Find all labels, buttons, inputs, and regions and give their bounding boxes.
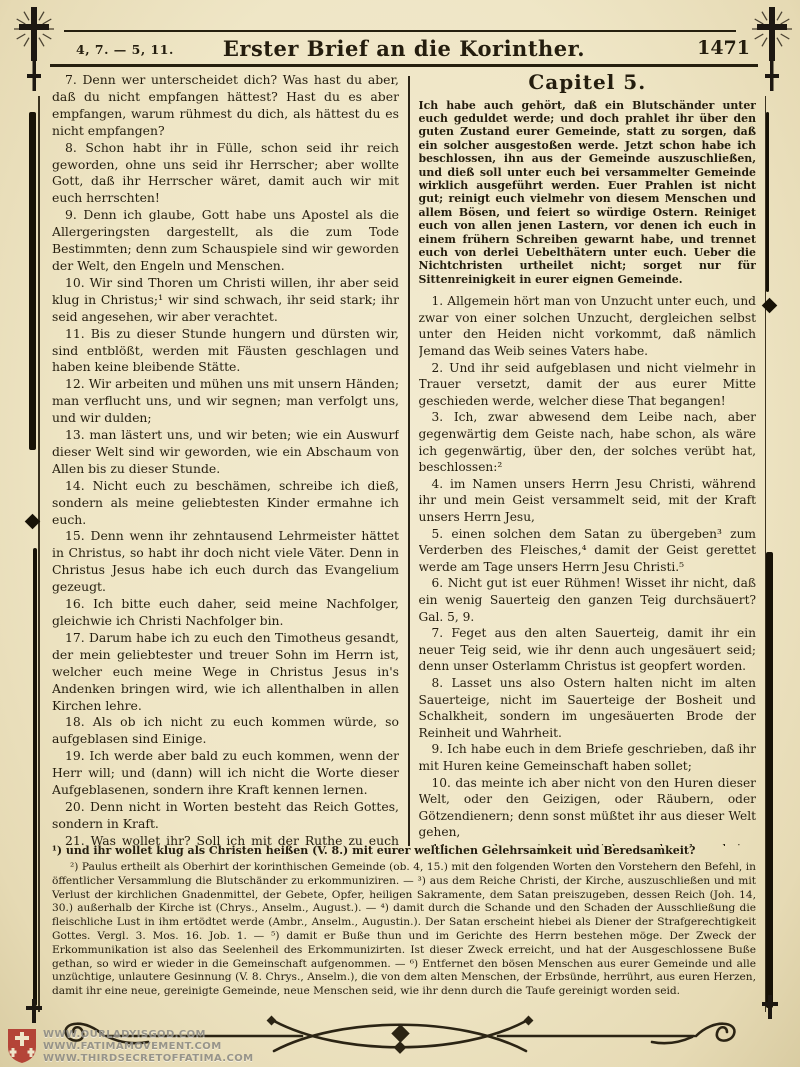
- top-border-rule: [64, 30, 736, 32]
- chapter-summary: Ich habe auch gehört, daß ein Blutschänd…: [419, 99, 757, 287]
- left-border-line: [38, 96, 40, 1012]
- verse-4-13: 13. man lästert uns, und wir beten; wie …: [52, 427, 399, 478]
- left-column-chapter4: 7. Denn wer unterscheidet dich? Was hast…: [52, 72, 399, 846]
- verse-4-11: 11. Bis zu dieser Stunde hungern und dür…: [52, 326, 399, 377]
- verse-5-3: 3. Ich, zwar abwesend dem Leibe nach, ab…: [419, 409, 757, 475]
- left-border-bar: [29, 112, 36, 450]
- page-number: 1471: [697, 37, 750, 59]
- footnote-1: ¹) und ihr wollet klug als Christen heiß…: [52, 844, 756, 858]
- right-border-bar-upper: [766, 112, 769, 292]
- book-title: Erster Brief an die Korinther.: [50, 36, 758, 61]
- left-border-bar-lower: [33, 548, 37, 1006]
- verse-4-9: 9. Denn ich glaube, Gott habe uns Aposte…: [52, 207, 399, 275]
- verse-5-7: 7. Feget aus den alten Sauerteig, damit …: [419, 625, 757, 675]
- scripture-columns: 7. Denn wer unterscheidet dich? Was hast…: [52, 72, 756, 846]
- column-divider: [408, 76, 410, 846]
- verse-5-4: 4. im Namen unsers Herrn Jesu Christi, w…: [419, 476, 757, 526]
- verse-5-10: 10. das meinte ich aber nicht von den Hu…: [419, 775, 757, 841]
- watermark-block: WWW.OURLADYISGOD.COM WWW.FATIMAMOVEMENT.…: [6, 1026, 254, 1064]
- verse-5-5: 5. einen solchen dem Satan zu übergeben³…: [419, 526, 757, 576]
- footnotes-2-to-6: ²) Paulus ertheilt als Oberhirt der kori…: [52, 861, 756, 999]
- verse-4-14: 14. Nicht euch zu beschämen, schreibe ic…: [52, 478, 399, 529]
- shield-logo-icon: [6, 1026, 38, 1064]
- page-header: 4, 7. — 5, 11. Erster Brief an die Korin…: [50, 36, 758, 64]
- verse-4-19: 19. Ich werde aber bald zu euch kommen, …: [52, 748, 399, 799]
- verse-5-6: 6. Nicht gut ist euer Rühmen! Wisset ihr…: [419, 575, 757, 625]
- verse-5-9: 9. Ich habe euch in dem Briefe geschrieb…: [419, 741, 757, 774]
- verse-4-12: 12. Wir arbeiten und mühen uns mit unser…: [52, 376, 399, 427]
- verse-4-16: 16. Ich bitte euch daher, seid meine Nac…: [52, 596, 399, 630]
- watermark-url-3: WWW.THIRDSECRETOFFATIMA.COM: [43, 1053, 254, 1064]
- header-underline-rule: [50, 64, 758, 67]
- right-border-bar: [766, 552, 773, 1008]
- chapter-heading: Capitel 5.: [419, 74, 757, 91]
- verse-4-17: 17. Darum habe ich zu euch den Timotheus…: [52, 630, 399, 715]
- footnotes-section: ¹) und ihr wollet klug als Christen heiß…: [52, 844, 756, 999]
- verse-5-2: 2. Und ihr seid aufgeblasen und nicht vi…: [419, 360, 757, 410]
- verse-5-1: 1. Allgemein hört man von Unzucht unter …: [419, 293, 757, 359]
- verse-4-10: 10. Wir sind Thoren um Christi willen, i…: [52, 275, 399, 326]
- watermark-url-1: WWW.OURLADYISGOD.COM: [43, 1029, 254, 1040]
- right-column-chapter5: Capitel 5. Ich habe auch gehört, daß ein…: [419, 72, 757, 846]
- scanned-bible-page: 4, 7. — 5, 11. Erster Brief an die Korin…: [0, 0, 800, 1067]
- verse-4-18: 18. Als ob ich nicht zu euch kommen würd…: [52, 714, 399, 748]
- verse-5-8: 8. Lasset uns also Ostern halten nicht i…: [419, 675, 757, 741]
- verse-4-7: 7. Denn wer unterscheidet dich? Was hast…: [52, 72, 399, 140]
- watermark-url-2: WWW.FATIMAMOVEMENT.COM: [43, 1041, 254, 1052]
- verse-4-20: 20. Denn nicht in Worten besteht das Rei…: [52, 799, 399, 833]
- verse-4-15: 15. Denn wenn ihr zehntausend Lehrmeiste…: [52, 528, 399, 596]
- verse-4-8: 8. Schon habt ihr in Fülle, schon seid i…: [52, 140, 399, 208]
